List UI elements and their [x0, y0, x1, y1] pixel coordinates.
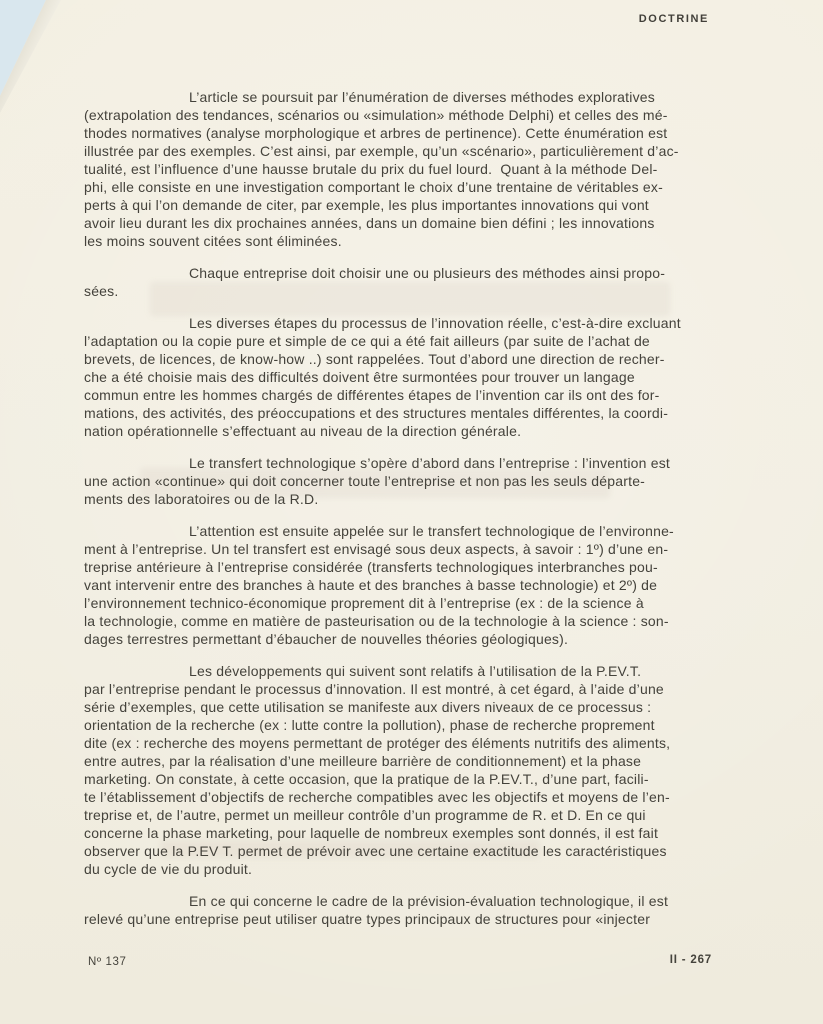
page-number: II - 267	[670, 954, 712, 966]
body-paragraph: Chaque entreprise doit choisir une ou pl…	[84, 264, 744, 300]
scanner-bed-corner	[0, 0, 70, 130]
body-paragraph: Les diverses étapes du processus de l’in…	[84, 314, 744, 440]
body-paragraph: L’article se poursuit par l’énumération …	[84, 88, 744, 250]
issue-number: Nº 137	[88, 956, 127, 968]
article-body: L’article se poursuit par l’énumération …	[84, 88, 744, 942]
scanned-page: DOCTRINE L’article se poursuit par l’énu…	[0, 0, 823, 1024]
body-paragraph: Le transfert technologique s’opère d’abo…	[84, 454, 744, 508]
body-paragraph: Les développements qui suivent sont rela…	[84, 662, 744, 878]
body-paragraph: L’attention est ensuite appelée sur le t…	[84, 522, 744, 648]
body-paragraph: En ce qui concerne le cadre de la prévis…	[84, 892, 744, 928]
running-head: DOCTRINE	[639, 13, 709, 25]
